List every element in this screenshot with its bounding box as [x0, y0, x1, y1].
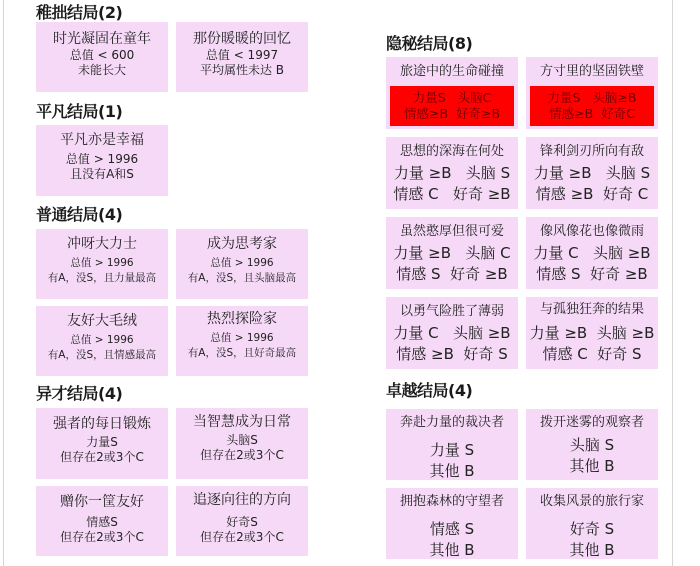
ending-condition: 有A，没S，且好奇最高: [176, 346, 308, 361]
ending-condition: 情感≥B 好奇≥B: [390, 106, 514, 122]
ending-condition: 力量 ≥B 头脑 S: [386, 163, 518, 184]
ending-condition: 其他 B: [386, 461, 518, 482]
ending-condition: 总值 < 600: [36, 48, 168, 63]
ending-condition: 力量 ≥B 头脑 ≥B: [526, 323, 658, 344]
ending-card-highlighted: 旅途中的生命碰撞 力量S 头脑C 情感≥B 好奇≥B: [386, 57, 518, 129]
ending-card: 冲呀大力士 总值 > 1996 有A，没S，且力量最高: [36, 229, 168, 299]
ending-card: 虽然憨厚但很可爱 力量 ≥B 头脑 C 情感 S 好奇 ≥B: [386, 217, 518, 289]
ending-condition: 总值 < 1997: [176, 48, 308, 63]
ending-condition: 情感S: [36, 515, 168, 530]
ending-condition: 总值 > 1996: [36, 333, 168, 348]
ending-condition: 平均属性未达 B: [176, 63, 308, 78]
section-title-normal: 普通结局(4): [36, 205, 122, 225]
ending-name: 平凡亦是幸福: [36, 131, 168, 149]
ending-condition: 情感 S: [386, 519, 518, 540]
ending-name: 成为思考家: [176, 235, 308, 253]
ending-name: 那份暖暖的回忆: [176, 30, 308, 48]
ending-condition: 力量S 头脑≥B: [530, 90, 654, 106]
ending-card: 追逐向往的方向 好奇S 但存在2或3个C: [176, 486, 308, 556]
ending-card: 与孤独狂奔的结果 力量 ≥B 头脑 ≥B 情感 C 好奇 S: [526, 297, 658, 369]
ending-condition: 力量 S: [386, 440, 518, 461]
ending-card: 友好大毛绒 总值 > 1996 有A，没S，且情感最高: [36, 306, 168, 376]
ending-condition: 情感 C 好奇 ≥B: [386, 184, 518, 205]
ending-condition: 情感 S 好奇 ≥B: [526, 264, 658, 285]
ending-card-highlighted: 方寸里的坚固铁壁 力量S 头脑≥B 情感≥B 好奇C: [526, 57, 658, 129]
ending-condition: 力量 ≥B 头脑 C: [386, 243, 518, 264]
ending-name: 强者的每日锻炼: [36, 415, 168, 433]
ending-name: 奔赴力量的裁决者: [386, 414, 518, 432]
ending-condition: 情感 S 好奇 ≥B: [386, 264, 518, 285]
section-title-childish: 稚拙结局(2): [36, 3, 122, 23]
ending-card: 奔赴力量的裁决者 力量 S 其他 B: [386, 409, 518, 480]
ending-condition: 其他 B: [386, 540, 518, 561]
ending-condition: 总值 > 1996: [36, 152, 168, 167]
ending-condition: 头脑S: [176, 433, 308, 448]
ending-name: 收集风景的旅行家: [526, 493, 658, 511]
ending-condition: 力量 ≥B 头脑 S: [526, 163, 658, 184]
ending-card: 平凡亦是幸福 总值 > 1996 且没有A和S: [36, 125, 168, 196]
ending-card: 热烈探险家 总值 > 1996 有A，没S，且好奇最高: [176, 306, 308, 376]
ending-condition: 总值 > 1996: [176, 256, 308, 271]
ending-condition: 但存在2或3个C: [36, 450, 168, 465]
ending-card: 收集风景的旅行家 好奇 S 其他 B: [526, 488, 658, 559]
ending-condition: 力量 C 头脑 ≥B: [526, 243, 658, 264]
ending-condition: 头脑 S: [526, 435, 658, 456]
ending-condition: 其他 B: [526, 456, 658, 477]
ending-condition: 但存在2或3个C: [176, 530, 308, 545]
ending-name: 追逐向往的方向: [176, 491, 308, 509]
ending-condition: 其他 B: [526, 540, 658, 561]
ending-name: 赠你一筐友好: [36, 493, 168, 511]
ending-name: 热烈探险家: [176, 310, 308, 328]
section-title-excellent: 卓越结局(4): [386, 381, 472, 401]
ending-condition: 情感 C 好奇 S: [526, 344, 658, 365]
ending-name: 冲呀大力士: [36, 235, 168, 253]
ending-card: 拨开迷雾的观察者 头脑 S 其他 B: [526, 409, 658, 480]
ending-condition: 情感 ≥B 好奇 C: [526, 184, 658, 205]
ending-condition: 好奇S: [176, 515, 308, 530]
ending-card: 强者的每日锻炼 力量S 但存在2或3个C: [36, 408, 168, 479]
ending-name: 虽然憨厚但很可爱: [386, 223, 518, 241]
ending-card: 那份暖暖的回忆 总值 < 1997 平均属性未达 B: [176, 22, 308, 92]
left-border-line: [3, 0, 4, 566]
ending-condition: 好奇 S: [526, 519, 658, 540]
ending-card: 拥抱森林的守望者 情感 S 其他 B: [386, 488, 518, 559]
ending-card: 赠你一筐友好 情感S 但存在2或3个C: [36, 486, 168, 556]
highlight-box: 力量S 头脑≥B 情感≥B 好奇C: [530, 86, 654, 126]
ending-name: 思想的深海在何处: [386, 143, 518, 161]
ending-name: 像风像花也像微雨: [526, 223, 658, 241]
ending-condition: 有A，没S，且力量最高: [36, 271, 168, 286]
ending-condition: 情感 ≥B 好奇 S: [386, 344, 518, 365]
ending-name: 拥抱森林的守望者: [386, 493, 518, 511]
ending-name: 当智慧成为日常: [176, 413, 308, 431]
section-title-talent: 异才结局(4): [36, 384, 122, 404]
ending-condition: 总值 > 1996: [36, 256, 168, 271]
ending-condition: 且没有A和S: [36, 167, 168, 182]
ending-condition: 有A，没S，且头脑最高: [176, 271, 308, 286]
ending-name: 时光凝固在童年: [36, 30, 168, 48]
ending-name: 方寸里的坚固铁壁: [526, 63, 658, 81]
ending-name: 锋利剑刃所向有敌: [526, 143, 658, 161]
ending-name: 与孤独狂奔的结果: [526, 301, 658, 319]
ending-card: 像风像花也像微雨 力量 C 头脑 ≥B 情感 S 好奇 ≥B: [526, 217, 658, 289]
ending-name: 友好大毛绒: [36, 312, 168, 330]
ending-condition: 总值 > 1996: [176, 331, 308, 346]
ending-card: 成为思考家 总值 > 1996 有A，没S，且头脑最高: [176, 229, 308, 299]
ending-card: 锋利剑刃所向有敌 力量 ≥B 头脑 S 情感 ≥B 好奇 C: [526, 137, 658, 209]
right-border-line: [672, 0, 673, 566]
ending-card: 以勇气险胜了薄弱 力量 C 头脑 ≥B 情感 ≥B 好奇 S: [386, 297, 518, 369]
ending-condition: 力量S 头脑C: [390, 90, 514, 106]
ending-condition: 但存在2或3个C: [176, 448, 308, 463]
ending-card: 时光凝固在童年 总值 < 600 未能长大: [36, 22, 168, 92]
section-title-ordinary: 平凡结局(1): [36, 102, 122, 122]
highlight-box: 力量S 头脑C 情感≥B 好奇≥B: [390, 86, 514, 126]
ending-name: 拨开迷雾的观察者: [526, 414, 658, 432]
ending-card: 思想的深海在何处 力量 ≥B 头脑 S 情感 C 好奇 ≥B: [386, 137, 518, 209]
ending-condition: 未能长大: [36, 63, 168, 78]
ending-condition: 有A，没S，且情感最高: [36, 348, 168, 363]
section-title-hidden: 隐秘结局(8): [386, 34, 472, 54]
ending-name: 旅途中的生命碰撞: [386, 63, 518, 81]
ending-card: 当智慧成为日常 头脑S 但存在2或3个C: [176, 408, 308, 479]
ending-condition: 情感≥B 好奇C: [530, 106, 654, 122]
ending-condition: 力量 C 头脑 ≥B: [386, 323, 518, 344]
ending-condition: 力量S: [36, 435, 168, 450]
ending-name: 以勇气险胜了薄弱: [386, 303, 518, 321]
ending-condition: 但存在2或3个C: [36, 530, 168, 545]
